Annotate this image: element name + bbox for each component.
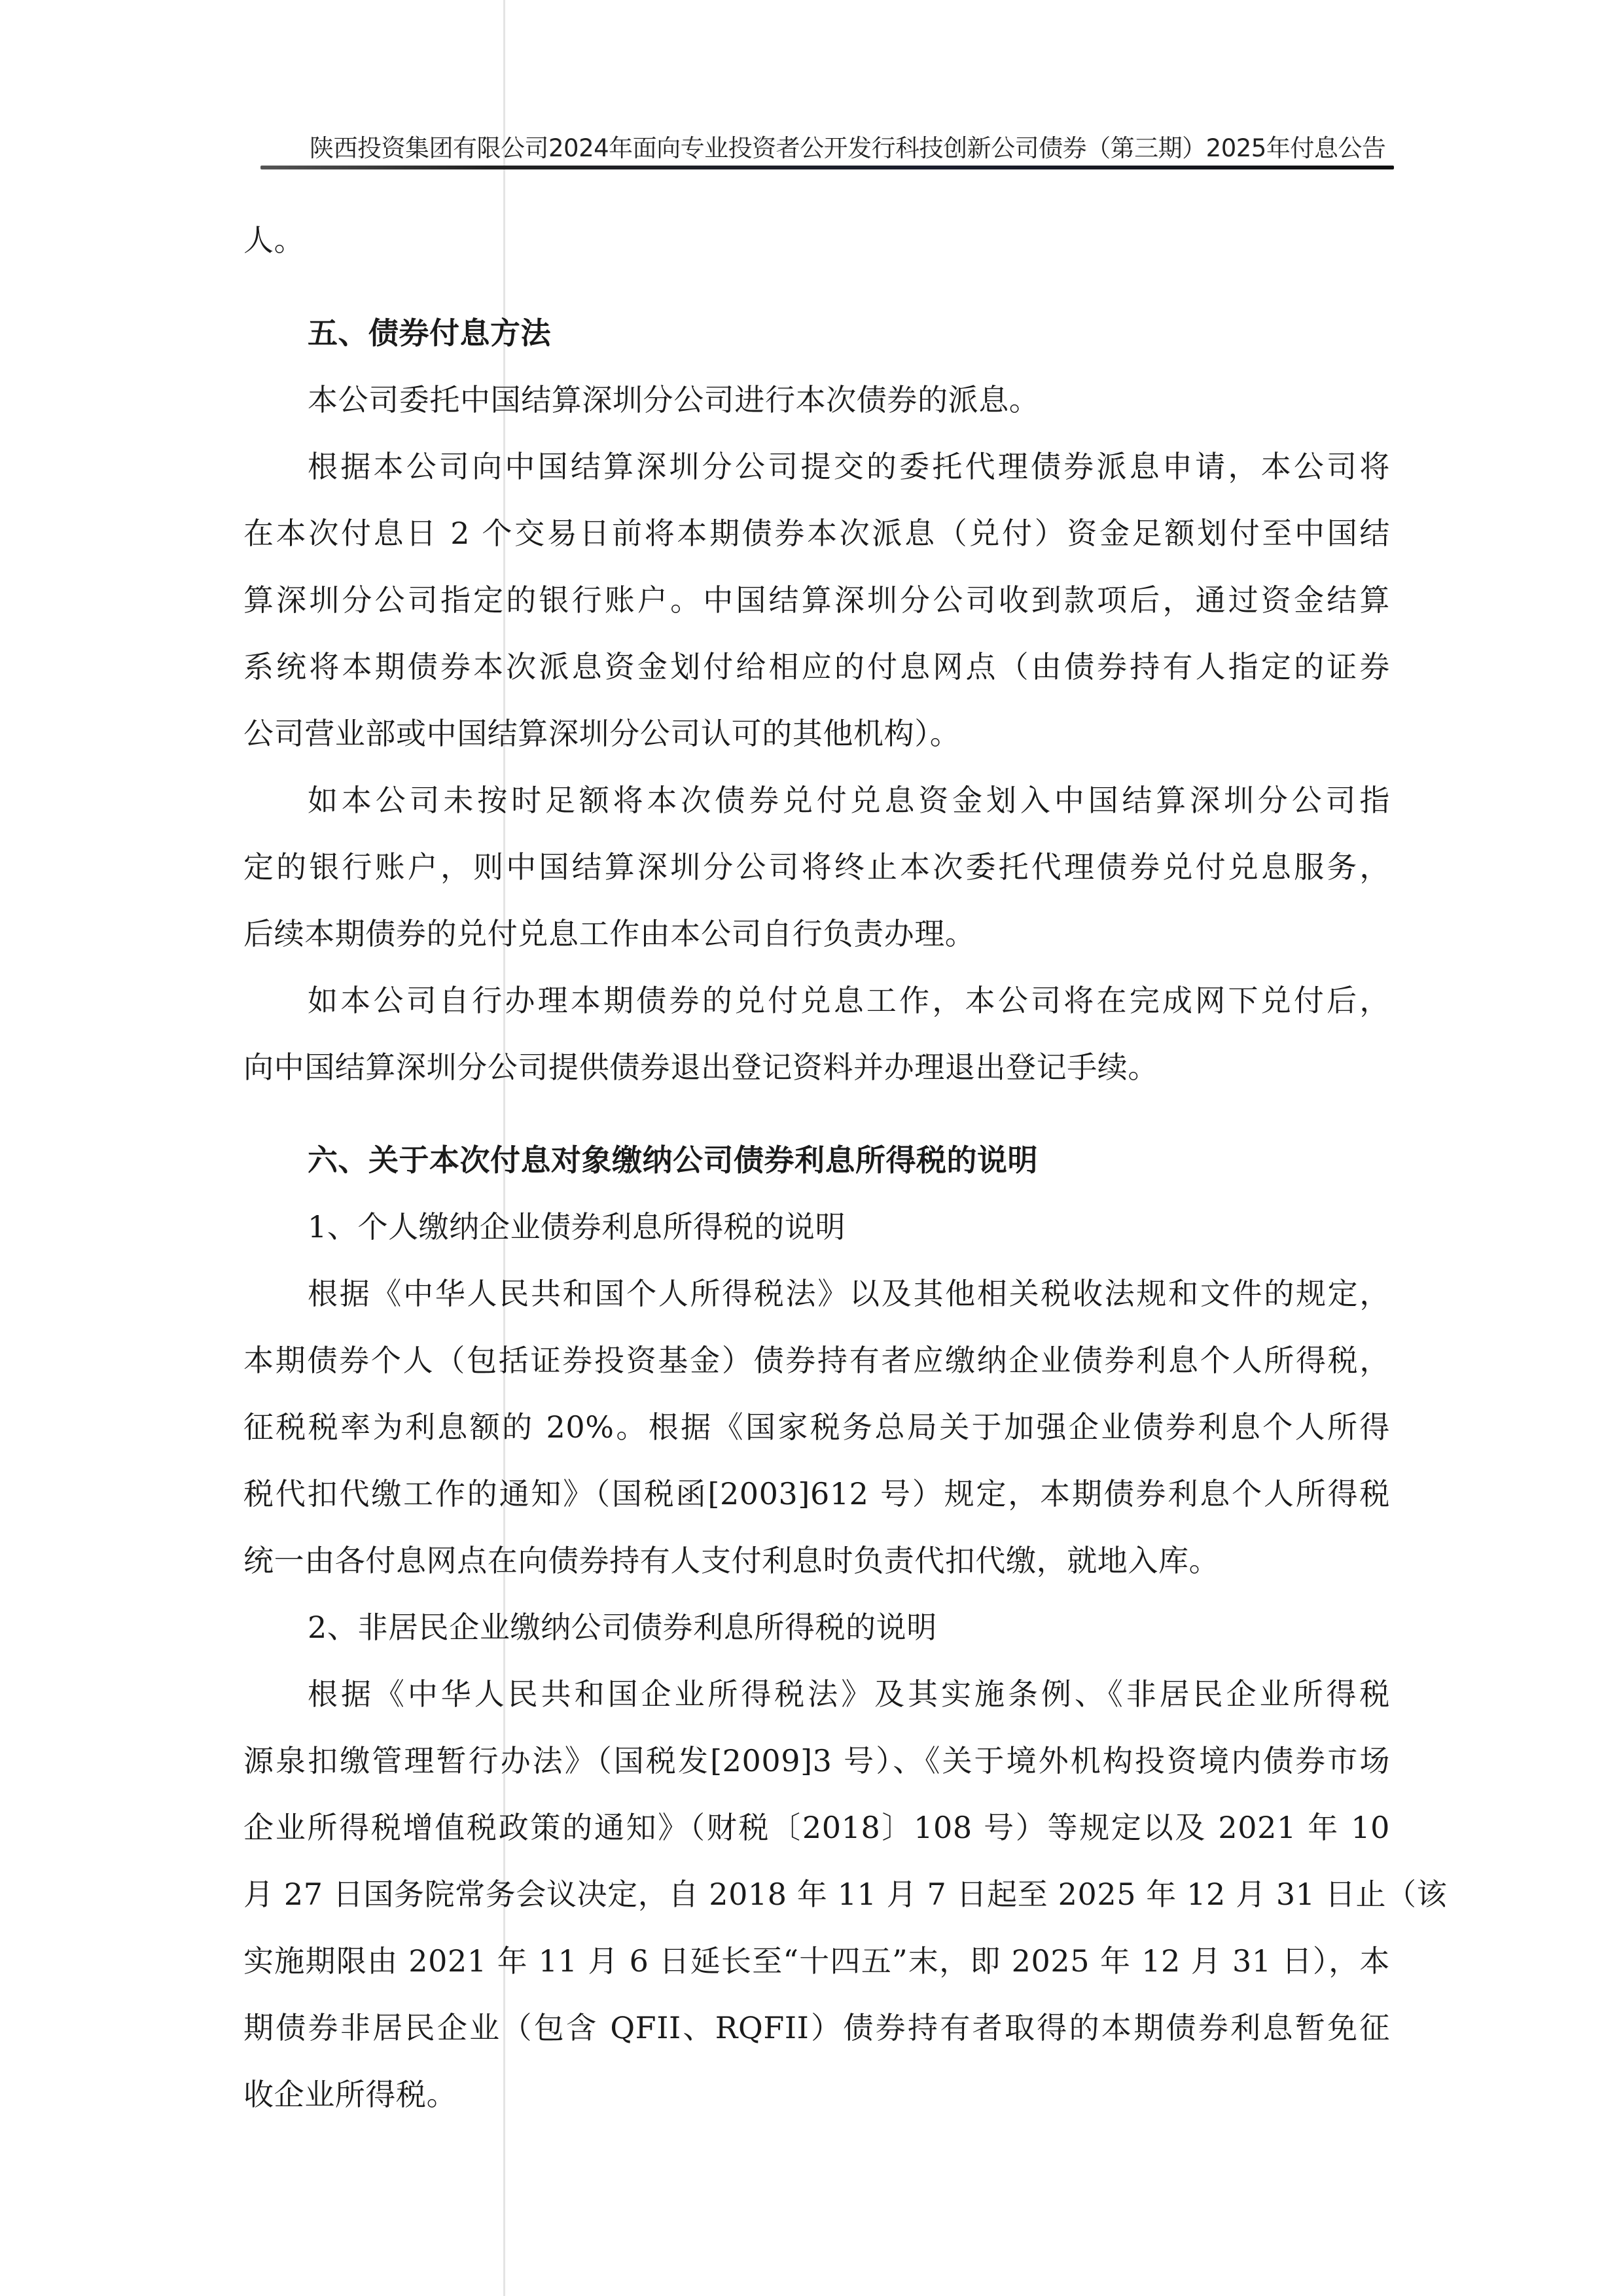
continuation-text: 人。 (243, 207, 1390, 274)
paragraph-line: 定的银行账户，则中国结算深圳分公司将终止本次委托代理债券兑付兑息服务， (243, 834, 1390, 900)
subsection-1-paragraph: 根据《中华人民共和国个人所得税法》以及其他相关税收法规和文件的规定， 本期债券个… (243, 1260, 1390, 1594)
section-5-paragraph-4: 如本公司自行办理本期债券的兑付兑息工作，本公司将在完成网下兑付后， 向中国结算深… (243, 967, 1390, 1101)
header-rule (260, 166, 1394, 169)
paragraph-line: 期债券非居民企业（包含 QFII、RQFII）债券持有者取得的本期债券利息暂免征 (243, 1994, 1390, 2061)
paragraph-line: 在本次付息日 2 个交易日前将本期债券本次派息（兑付）资金足额划付至中国结 (243, 500, 1390, 567)
paragraph-line: 企业所得税增值税政策的通知》（财税〔2018〕108 号）等规定以及 2021 … (243, 1794, 1390, 1861)
subsection-1-heading: 1、个人缴纳企业债券利息所得税的说明 (243, 1193, 1390, 1260)
paragraph-line: 如本公司自行办理本期债券的兑付兑息工作，本公司将在完成网下兑付后， (243, 967, 1390, 1034)
paragraph-line: 后续本期债券的兑付兑息工作由本公司自行负责办理。 (243, 900, 1390, 967)
paragraph-line: 源泉扣缴管理暂行办法》（国税发[2009]3 号）、《关于境外机构投资境内债券市… (243, 1727, 1390, 1794)
paragraph-line: 公司营业部或中国结算深圳分公司认可的其他机构）。 (243, 700, 1390, 767)
document-body: 人。 五、债券付息方法 本公司委托中国结算深圳分公司进行本次债券的派息。 根据本… (243, 207, 1390, 2128)
paragraph-line: 算深圳分公司指定的银行账户。中国结算深圳分公司收到款项后，通过资金结算 (243, 567, 1390, 633)
paragraph-line: 月 27 日国务院常务会议决定，自 2018 年 11 月 7 日起至 2025… (243, 1861, 1390, 1928)
subsection-2-heading: 2、非居民企业缴纳公司债券利息所得税的说明 (243, 1594, 1390, 1661)
paragraph-line: 收企业所得税。 (243, 2061, 1390, 2128)
page-header: 陕西投资集团有限公司2024年面向专业投资者公开发行科技创新公司债券（第三期）2… (260, 128, 1394, 174)
section-6-heading: 六、关于本次付息对象缴纳公司债券利息所得税的说明 (243, 1127, 1390, 1193)
header-title: 陕西投资集团有限公司2024年面向专业投资者公开发行科技创新公司债券（第三期）2… (310, 128, 1385, 164)
paragraph-line: 如本公司未按时足额将本次债券兑付兑息资金划入中国结算深圳分公司指 (243, 767, 1390, 834)
paragraph-line: 征税税率为利息额的 20%。根据《国家税务总局关于加强企业债券利息个人所得 (243, 1394, 1390, 1460)
paragraph-line: 统一由各付息网点在向债券持有人支付利息时负责代扣代缴，就地入库。 (243, 1527, 1390, 1594)
paragraph-line: 本期债券个人（包括证券投资基金）债券持有者应缴纳企业债券利息个人所得税， (243, 1327, 1390, 1394)
paragraph-line: 税代扣代缴工作的通知》（国税函[2003]612 号）规定，本期债券利息个人所得… (243, 1460, 1390, 1527)
section-5-paragraph-3: 如本公司未按时足额将本次债券兑付兑息资金划入中国结算深圳分公司指 定的银行账户，… (243, 767, 1390, 967)
subsection-2-paragraph: 根据《中华人民共和国企业所得税法》及其实施条例、《非居民企业所得税 源泉扣缴管理… (243, 1661, 1390, 2128)
paragraph-line: 根据《中华人民共和国企业所得税法》及其实施条例、《非居民企业所得税 (243, 1661, 1390, 1727)
section-5-paragraph-2: 根据本公司向中国结算深圳分公司提交的委托代理债券派息申请，本公司将 在本次付息日… (243, 433, 1390, 767)
paragraph-line: 本公司委托中国结算深圳分公司进行本次债券的派息。 (243, 366, 1390, 433)
paragraph-line: 向中国结算深圳分公司提供债券退出登记资料并办理退出登记手续。 (243, 1034, 1390, 1101)
section-5-heading: 五、债券付息方法 (243, 300, 1390, 366)
paragraph-line: 系统将本期债券本次派息资金划付给相应的付息网点（由债券持有人指定的证券 (243, 633, 1390, 700)
paragraph-line: 实施期限由 2021 年 11 月 6 日延长至“十四五”末，即 2025 年 … (243, 1928, 1390, 1994)
paragraph-line: 根据《中华人民共和国个人所得税法》以及其他相关税收法规和文件的规定， (243, 1260, 1390, 1327)
paragraph-line: 根据本公司向中国结算深圳分公司提交的委托代理债券派息申请，本公司将 (243, 433, 1390, 500)
